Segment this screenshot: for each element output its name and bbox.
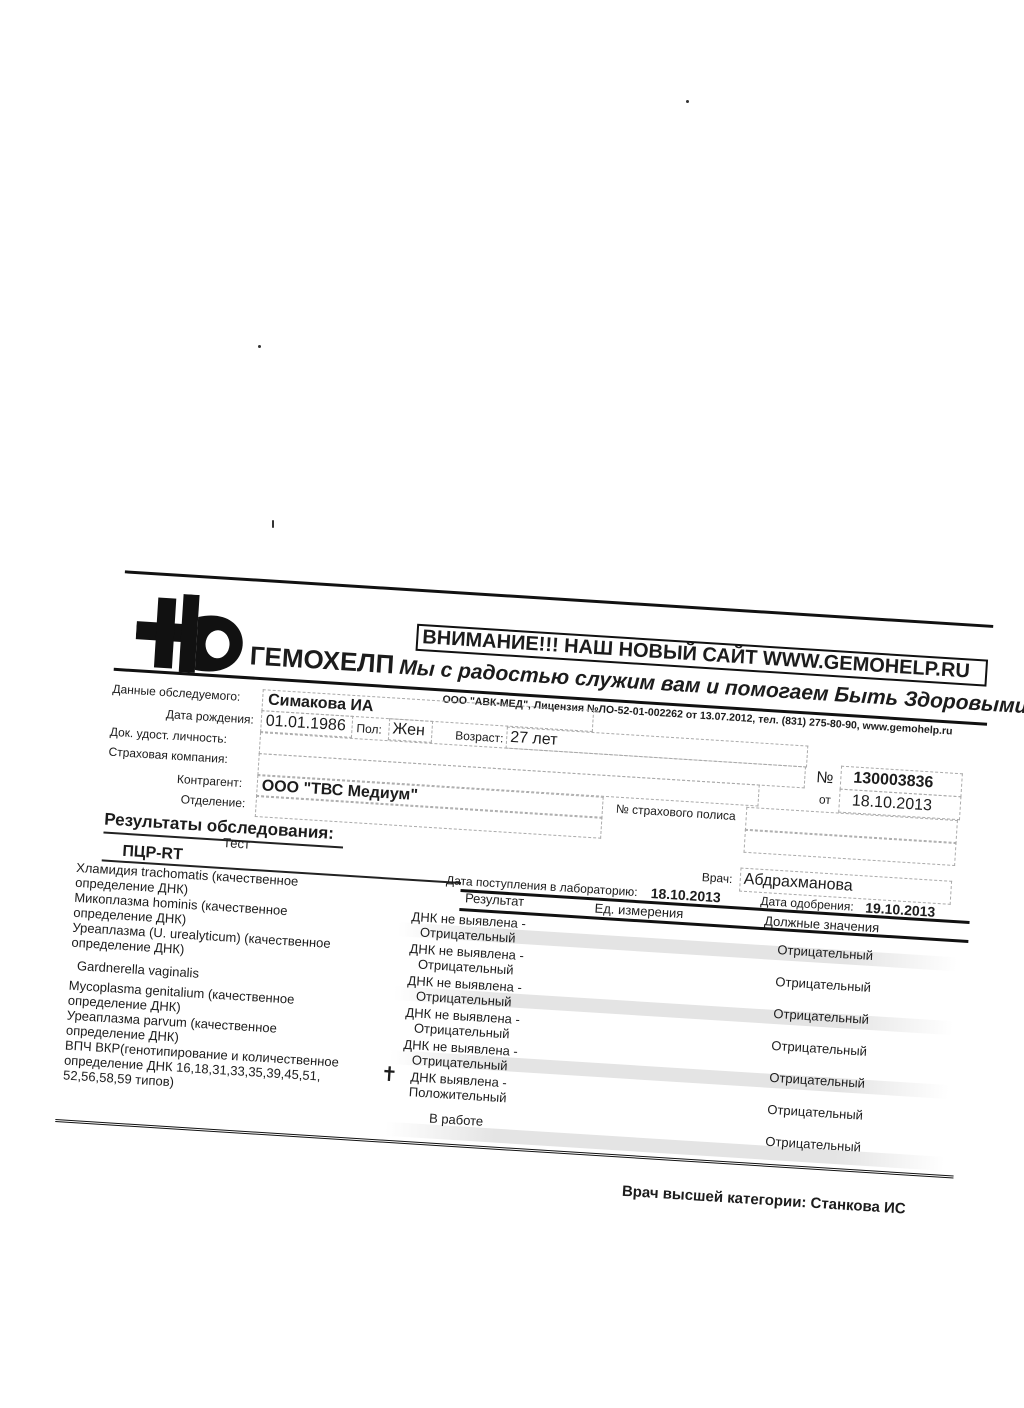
insurance-label: Страховая компания: — [108, 745, 228, 766]
dob-label: Дата рождения: — [166, 707, 255, 726]
handwritten-mark-icon: ✝ — [380, 1061, 398, 1086]
sex-value: Жен — [392, 720, 425, 740]
lab-result-form: ГЕМОХЕЛП ВНИМАНИЕ!!! НАШ НОВЫЙ САЙТ WWW.… — [82, 570, 999, 1234]
scan-speck — [258, 345, 261, 348]
scan-speck — [686, 100, 689, 103]
test-name: ВПЧ ВКР(генотипирование и количественное… — [63, 1038, 340, 1100]
test-result: ДНК выявлена -Положительный — [387, 1068, 529, 1107]
id-doc-label: Док. удост. личность: — [109, 725, 227, 746]
reference-value: Отрицательный — [767, 1102, 863, 1123]
test-name: Gardnerella vaginalis — [77, 958, 200, 981]
number-label: № — [816, 769, 834, 788]
doctor-label: Врач: — [701, 870, 733, 886]
contractor-label: Контрагент: — [177, 772, 243, 790]
reference-value: Отрицательный — [771, 1038, 867, 1059]
policy-label: № страхового полиса — [616, 802, 737, 824]
brand-name: ГЕМОХЕЛП — [249, 640, 395, 680]
age-label: Возраст: — [455, 728, 504, 745]
from-label: от — [819, 792, 832, 807]
gemohelp-logo-icon — [134, 591, 259, 678]
subject-label: Данные обследуемого: — [112, 682, 241, 704]
reference-value: Отрицательный — [775, 974, 871, 995]
col-test: Тест — [223, 835, 251, 852]
sex-label: Пол: — [356, 721, 382, 737]
scan-speck — [272, 520, 274, 528]
age-value: 27 лет — [510, 729, 558, 750]
signature: Врач высшей категории: Станкова ИС — [621, 1183, 906, 1218]
department-label: Отделение: — [180, 792, 245, 810]
